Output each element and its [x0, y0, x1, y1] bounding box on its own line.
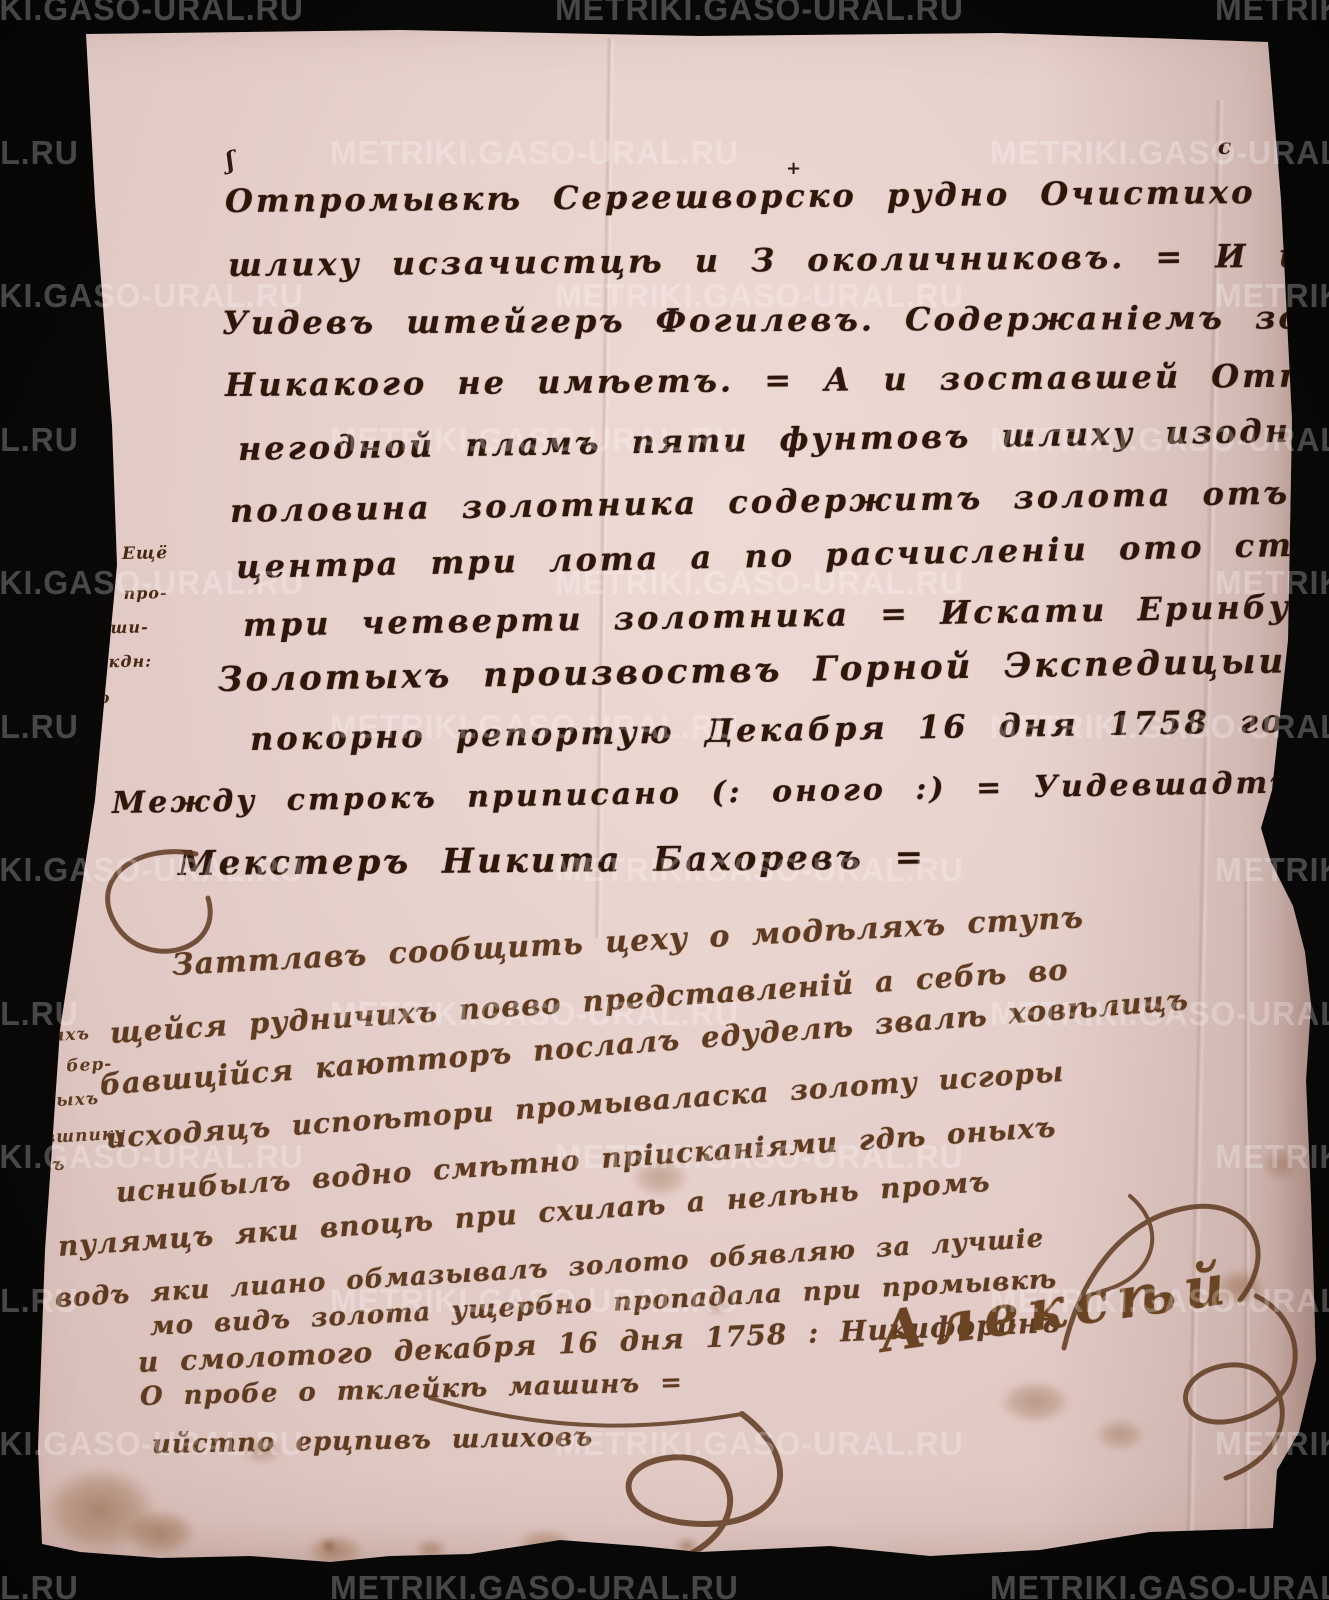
watermark-text: METRIKI.GASO-URAL.RU [990, 708, 1329, 746]
watermark-text: METRIKI.GASO-URAL.RU [555, 564, 964, 602]
photograph-background: Отпромывкѣ Сергешворско рудно Очистихо п… [0, 0, 1329, 1600]
watermark-text: METRIKI.GASO-URAL.RU [0, 421, 79, 459]
manuscript-page: Отпромывкѣ Сергешворско рудно Очистихо п… [0, 0, 1329, 1600]
watermark-text: METRIKI.GASO-URAL.RU [555, 1425, 964, 1463]
watermark-text: METRIKI.GASO-URAL.RU [990, 1282, 1329, 1320]
margin-note-line: бахъ й маши- [2, 617, 149, 639]
watermark-text: METRIKI.GASO-URAL.RU [330, 134, 739, 172]
watermark-text: METRIKI.GASO-URAL.RU [330, 1282, 739, 1320]
watermark-text: METRIKI.GASO-URAL.RU [0, 1569, 79, 1600]
watermark-text: METRIKI.GASO-URAL.RU [0, 1138, 304, 1176]
watermark-text: METRIKI.GASO-URAL.RU [1215, 851, 1329, 889]
watermark-text: METRIKI.GASO-URAL.RU [1215, 277, 1329, 315]
watermark-text: METRIKI.GASO-URAL.RU [990, 421, 1329, 459]
watermark-text: METRIKI.GASO-URAL.RU [0, 708, 79, 746]
watermark-text: METRIKI.GASO-URAL.RU [0, 1282, 79, 1320]
watermark-text: METRIKI.GASO-URAL.RU [555, 851, 964, 889]
watermark-text: METRIKI.GASO-URAL.RU [0, 851, 304, 889]
watermark-text: METRIKI.GASO-URAL.RU [1215, 0, 1329, 28]
watermark-text: METRIKI.GASO-URAL.RU [555, 0, 964, 28]
watermark-text: METRIKI.GASO-URAL.RU [555, 277, 964, 315]
watermark-text: METRIKI.GASO-URAL.RU [0, 134, 79, 172]
watermark-text: METRIKI.GASO-URAL.RU [0, 995, 79, 1033]
margin-note-line: Ещё [122, 543, 168, 564]
watermark-text: METRIKI.GASO-URAL.RU [990, 1569, 1329, 1600]
watermark-text: METRIKI.GASO-URAL.RU [0, 564, 304, 602]
watermark-text: METRIKI.GASO-URAL.RU [1215, 1138, 1329, 1176]
watermark-text: METRIKI.GASO-URAL.RU [0, 0, 304, 28]
watermark-text: METRIKI.GASO-URAL.RU [330, 1569, 739, 1600]
watermark-text: METRIKI.GASO-URAL.RU [555, 1138, 964, 1176]
watermark-text: METRIKI.GASO-URAL.RU [0, 277, 304, 315]
watermark-text: METRIKI.GASO-URAL.RU [330, 708, 739, 746]
watermark-text: METRIKI.GASO-URAL.RU [330, 995, 739, 1033]
watermark-text: METRIKI.GASO-URAL.RU [330, 421, 739, 459]
watermark-text: METRIKI.GASO-URAL.RU [1215, 1425, 1329, 1463]
watermark-text: METRIKI.GASO-URAL.RU [0, 1425, 304, 1463]
watermark-text: METRIKI.GASO-URAL.RU [990, 134, 1329, 172]
stray-ink-mark: + [786, 158, 801, 179]
watermark-text: METRIKI.GASO-URAL.RU [1215, 564, 1329, 602]
watermark-text: METRIKI.GASO-URAL.RU [990, 995, 1329, 1033]
margin-note-line: нистъ еркдн: [8, 651, 152, 673]
margin-note-line: овлъ = но [2, 688, 111, 709]
